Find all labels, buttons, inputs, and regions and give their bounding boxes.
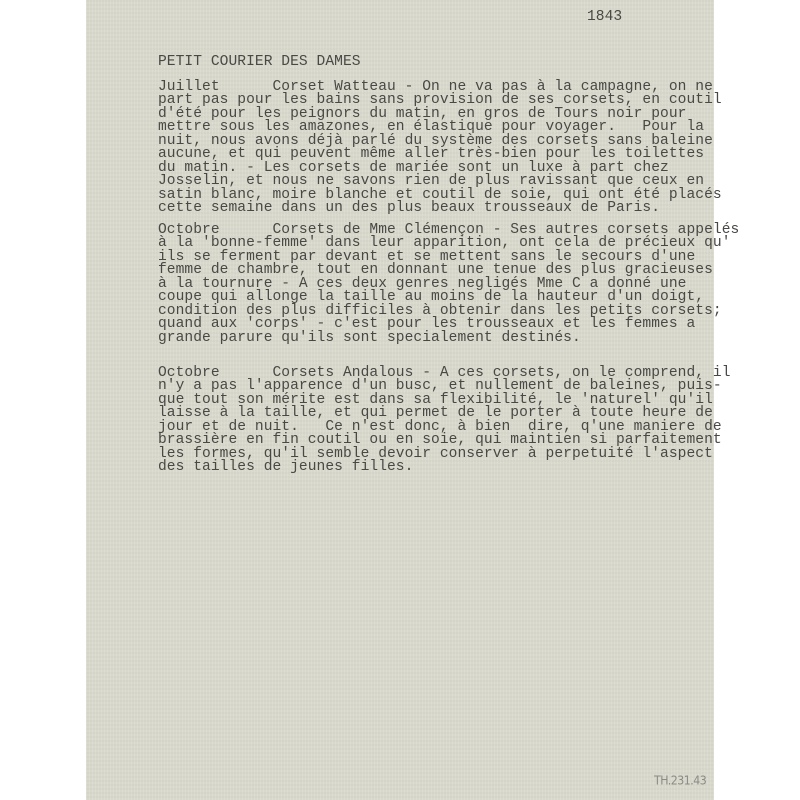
- page-year: 1843: [587, 11, 622, 24]
- entry-octobre-corsets-clemencon: Octobre Corsets de Mme Clémençon - Ses a…: [158, 224, 739, 345]
- text-line: cette semaine dans un des plus beaux tro…: [158, 202, 722, 215]
- document-heading: PETIT COURIER DES DAMES: [158, 56, 361, 69]
- entry-juillet-corset-watteau: Juillet Corset Watteau - On ne va pas à …: [158, 81, 722, 215]
- typewritten-page: 1843 PETIT COURIER DES DAMES Juillet Cor…: [86, 0, 714, 800]
- text-line: grande parure qu'ils sont specialement d…: [158, 332, 739, 345]
- catalog-number-pencil: TH.231.43: [654, 773, 706, 788]
- entry-octobre-corsets-andalous: Octobre Corsets Andalous - A ces corsets…: [158, 367, 731, 475]
- text-line: des tailles de jeunes filles.: [158, 461, 731, 474]
